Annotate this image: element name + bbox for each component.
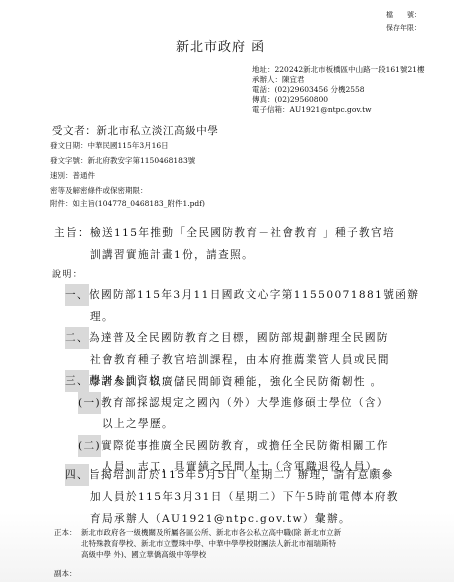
address: 地址：220242新北市板橋區中山路一段161號21樓 [252, 65, 425, 75]
item-3-sub-2: (二)實際從事推廣全民國防教育，或擔任全民防衛相關工作 [78, 435, 389, 457]
main-recipients-line-1: 新北市政府各一級機關及所屬各區公所、新北市各公私立高中職(除 新北市立新 [81, 527, 341, 538]
subject-line-1: 檢送115年推動「全民國防教育－社會教育 」種子教官培 [90, 222, 395, 244]
item-3-sub-2-number: (二) [78, 435, 101, 457]
item-3: 三、薦訓人員資格： [65, 370, 173, 392]
attachment-link[interactable]: 附件：如主旨(104778_0468183_附件1.pdf) [50, 198, 205, 209]
item-3-sub-1-line-2: 以上之學歷。 [102, 413, 174, 435]
item-3-number: 三、 [65, 370, 89, 392]
delivery-speed: 速別：普通件 [50, 170, 95, 181]
item-1-number: 一、 [65, 284, 89, 306]
subject-label: 主旨： [54, 222, 90, 244]
item-4-number: 四、 [65, 464, 89, 486]
item-2: 二、為達普及全民國防教育之目標，國防部規劃辦理全民國防 [65, 327, 389, 349]
recipient: 受文者：新北市私立淡江高級中學 [52, 123, 219, 138]
item-3-sub-2-line-1: 實際從事推廣全民國防教育，或擔任全民防衛相關工作 [101, 440, 389, 452]
email: 電子信箱：AU1921@ntpc.gov.tw [252, 105, 372, 115]
item-1: 一、依國防部115年3月11日國政文心字第11550071881號函辦 [65, 284, 419, 306]
main-recipients-line-2: 北特殊教育學校、新北市立豐珠中學、中華中學學校財團法人新北市福瑞斯特 [81, 538, 336, 549]
item-1-line-2: 理。 [90, 306, 114, 328]
item-3-line-1: 薦訓人員資格： [89, 375, 173, 387]
main-recipients-label: 正本： [54, 527, 77, 538]
retention-period-label: 保存年限： [386, 24, 421, 33]
item-3-sub-1: (一)教育部採認規定之國內（外）大學進修碩士學位（含） [78, 392, 389, 414]
phone: 電話：(02)29603456 分機2558 [252, 85, 365, 95]
subject-line-2: 訓講習實施計畫1份，請查照。 [90, 244, 254, 266]
fax: 傳真：(02)29560800 [252, 95, 328, 105]
file-number-label: 檔 號： [386, 11, 421, 20]
secrecy-level: 密等及解密條件或保密期限： [50, 185, 148, 196]
item-2-number: 二、 [65, 327, 89, 349]
item-4-line-1: 旨揭培訓訂於115年5月5日（星期二）辦理，請有意願參 [89, 469, 394, 481]
item-4: 四、旨揭培訓訂於115年5月5日（星期二）辦理，請有意願參 [65, 464, 394, 486]
document-title: 新北市政府 函 [176, 36, 265, 55]
explanation-label: 說明： [52, 264, 83, 286]
document-number: 發文字號：新北府教安字第1150468183號 [50, 155, 195, 166]
item-2-line-1: 為達普及全民國防教育之目標，國防部規劃辦理全民國防 [89, 332, 389, 344]
handler: 承辦人：陳宜君 [252, 75, 305, 85]
main-recipients-line-3: 高級中學 外)、國立華僑高級中等學校 [81, 549, 206, 560]
item-3-sub-1-line-1: 教育部採認規定之國內（外）大學進修碩士學位（含） [101, 397, 389, 409]
item-4-line-2: 加人員於115年3月31日（星期二）下午5時前電傳本府教 [90, 486, 399, 508]
issue-date: 發文日期：中華民國115年3月16日 [50, 140, 169, 151]
item-1-line-1: 依國防部115年3月11日國政文心字第11550071881號函辦 [89, 289, 419, 301]
item-2-line-2: 社會教育種子教官培訓課程，由本府推薦業管人員或民間 [90, 349, 390, 371]
copy-recipients-label: 副本： [54, 568, 77, 579]
item-3-sub-1-number: (一) [78, 392, 101, 414]
document-page: 檔 號： 保存年限： 新北市政府 函 地址：220242新北市板橋區中山路一段1… [0, 0, 454, 582]
